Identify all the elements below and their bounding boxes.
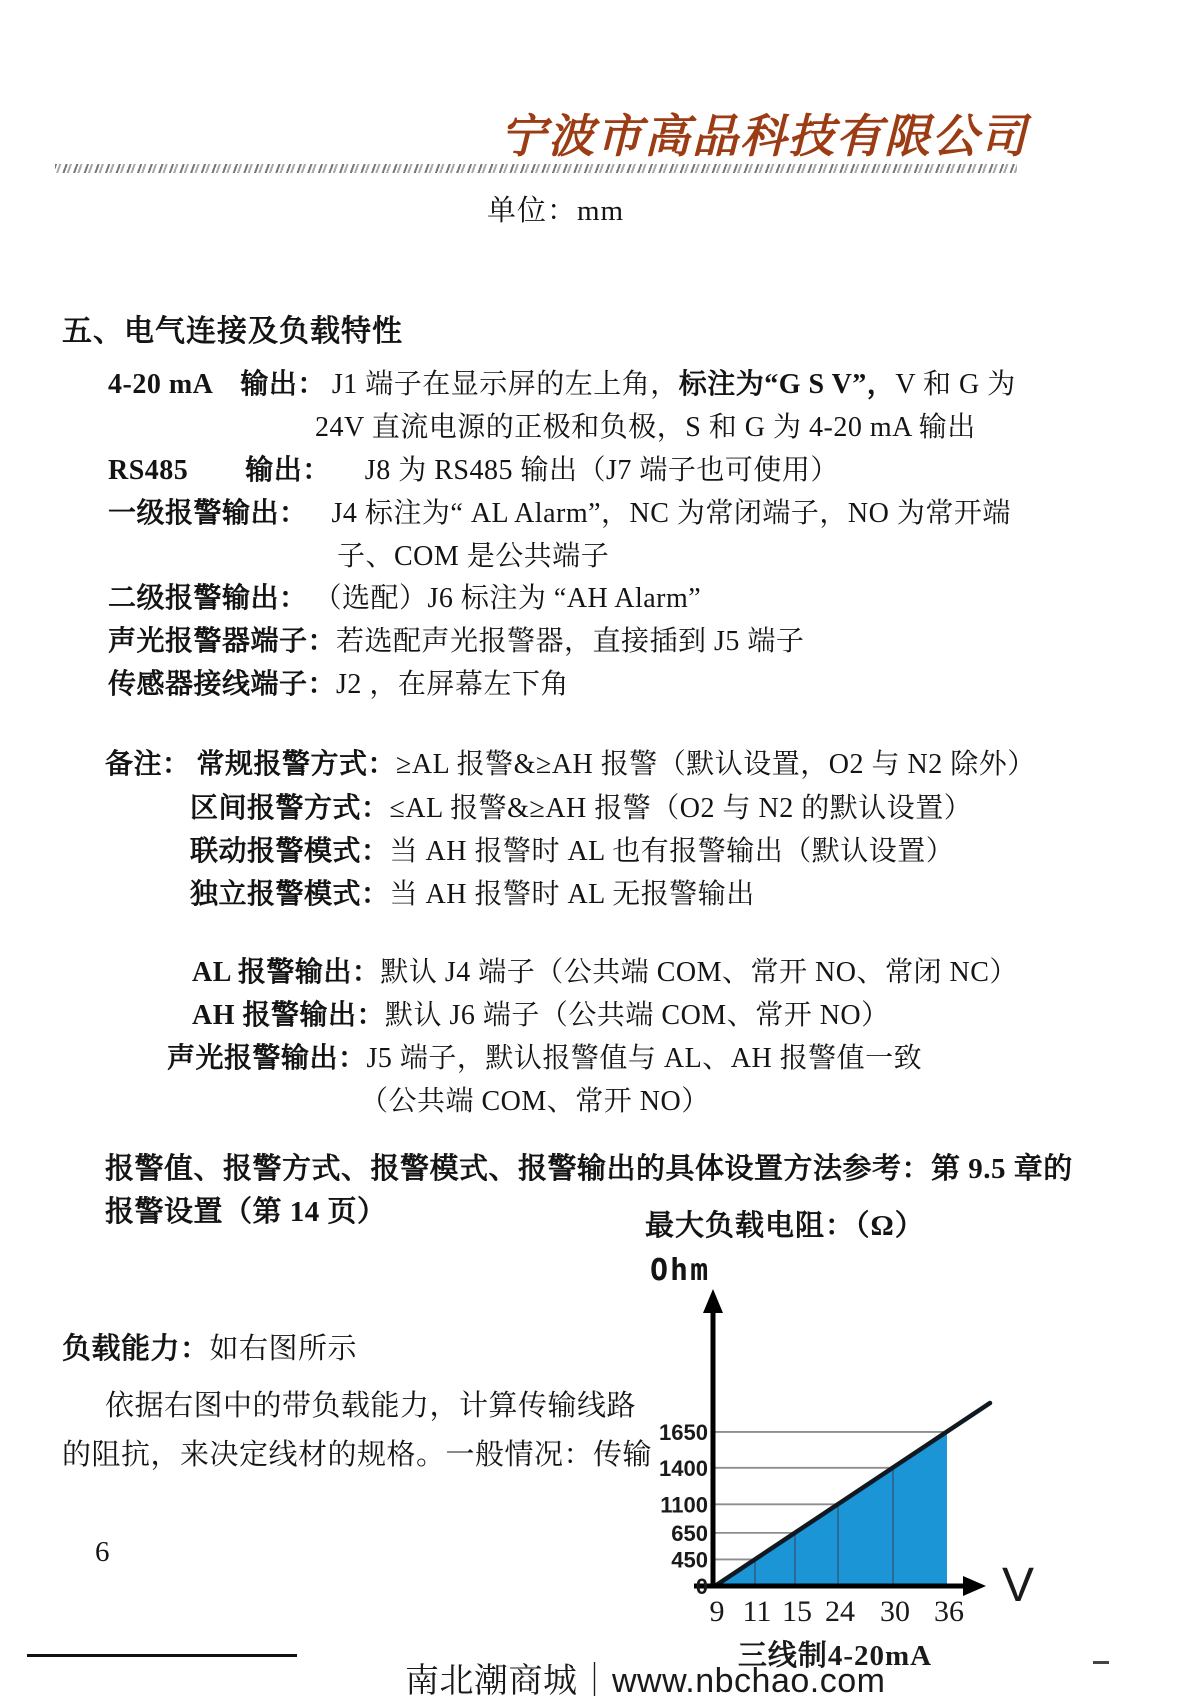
spec-text-sensor: J2 ，在屏幕左下角 [336, 669, 569, 700]
load-label-text: 如右图所示 [210, 1333, 358, 1365]
spec-line-420ma: 4-20 mA 输出：J1 端子在显示屏的左上角，标注为“G S V”，V 和 … [108, 362, 1016, 402]
chart-title: 最大负载电阻：（Ω） [645, 1203, 925, 1244]
svg-text:9: 9 [710, 1595, 725, 1628]
page-number: 6 [95, 1536, 110, 1569]
note-line-range: 区间报警方式：≤AL 报警&≥AH 报警（O2 与 N2 的默认设置） [190, 786, 972, 826]
note-text-independent: 当 AH 报警时 AL 无报警输出 [390, 879, 755, 910]
footer-site-text: 南北潮商城｜www.nbchao.com [405, 1653, 885, 1697]
load-paragraph-1: 依据右图中的带负载能力，计算传输线路 [105, 1383, 636, 1424]
output-label-ah: AH 报警输出： [192, 1000, 385, 1031]
svg-text:24: 24 [825, 1595, 855, 1628]
note-beizhu-label: 备注： [105, 749, 191, 780]
svg-text:450: 450 [671, 1547, 708, 1572]
spec-label-420ma: 4-20 mA 输出： [108, 369, 326, 400]
load-line-label: 负载能力：如右图所示 [62, 1326, 357, 1367]
svg-text:1400: 1400 [659, 1456, 708, 1481]
svg-text:15: 15 [782, 1595, 812, 1628]
svg-text:11: 11 [743, 1595, 772, 1628]
note-label-normal: 常规报警方式： [197, 749, 397, 780]
load-resistance-chart: 045065011001400165091115243036V三线制4-20mA [630, 1283, 1090, 1683]
reference-line-2: 报警设置（第 14 页） [105, 1189, 387, 1230]
output-text-ah: 默认 J6 端子（公共端 COM、常开 NO） [385, 1000, 890, 1031]
spec-text-alarm2: （选配）J6 标注为 “AH Alarm” [328, 583, 702, 614]
note-text-range: ≤AL 报警&≥AH 报警（O2 与 N2 的默认设置） [390, 793, 973, 824]
load-paragraph-2: 的阻抗，来决定线材的规格。一般情况：传输 [62, 1432, 652, 1473]
spec-line-rs485: RS485 输出：J8 为 RS485 输出（J7 端子也可使用） [108, 448, 839, 488]
spec-text-alarm1: J4 标注为“ AL Alarm”，NC 为常闭端子，NO 为常开端 [332, 498, 1011, 529]
company-header: 宁波市高品科技有限公司 [500, 100, 1028, 166]
document-page: 宁波市高品科技有限公司 单位：mm 五、电气连接及负载特性 4-20 mA 输出… [0, 0, 1200, 1697]
output-line-ah: AH 报警输出：默认 J6 端子（公共端 COM、常开 NO） [192, 993, 890, 1033]
spec-line-420ma-cont: 24V 直流电源的正极和负极，S 和 G 为 4-20 mA 输出 [315, 405, 976, 445]
footer-dash [1093, 1661, 1109, 1664]
svg-text:1100: 1100 [660, 1492, 708, 1517]
output-line-al: AL 报警输出：默认 J4 端子（公共端 COM、常开 NO、常闭 NC） [192, 950, 1018, 990]
spec-label-sound: 声光报警器端子： [108, 626, 336, 657]
note-line-normal: 备注：常规报警方式：≥AL 报警&≥AH 报警（默认设置，O2 与 N2 除外） [105, 742, 1036, 782]
note-line-linked: 联动报警模式：当 AH 报警时 AL 也有报警输出（默认设置） [190, 829, 954, 869]
spec-text-420ma-2: V 和 G 为 [895, 369, 1015, 400]
footer-rule [27, 1654, 297, 1657]
note-label-independent: 独立报警模式： [190, 879, 390, 910]
note-line-independent: 独立报警模式：当 AH 报警时 AL 无报警输出 [190, 872, 755, 912]
spec-line-sound: 声光报警器端子：若选配声光报警器，直接插到 J5 端子 [108, 619, 804, 659]
svg-text:36: 36 [934, 1595, 964, 1628]
spec-line-alarm1: 一级报警输出：J4 标注为“ AL Alarm”，NC 为常闭端子，NO 为常开… [108, 491, 1011, 531]
note-text-linked: 当 AH 报警时 AL 也有报警输出（默认设置） [390, 836, 955, 867]
output-text-al: 默认 J4 端子（公共端 COM、常开 NO、常闭 NC） [380, 957, 1018, 988]
output-label-sound: 声光报警输出： [167, 1043, 367, 1074]
spec-text-sound: 若选配声光报警器，直接插到 J5 端子 [336, 626, 804, 657]
spec-text-420ma-bold: 标注为“G S V”， [679, 369, 896, 400]
load-label: 负载能力： [62, 1333, 210, 1365]
output-line-sound-cont: （公共端 COM、常开 NO） [360, 1079, 710, 1119]
spec-label-sensor: 传感器接线端子： [108, 669, 336, 700]
note-text-normal: ≥AL 报警&≥AH 报警（默认设置，O2 与 N2 除外） [396, 749, 1036, 780]
hatched-divider [55, 164, 1017, 173]
section-title: 五、电气连接及负载特性 [62, 306, 403, 350]
spec-label-alarm1: 一级报警输出： [108, 498, 308, 529]
output-line-sound: 声光报警输出：J5 端子，默认报警值与 AL、AH 报警值一致 [167, 1036, 922, 1076]
note-label-range: 区间报警方式： [190, 793, 390, 824]
svg-text:V: V [1002, 1559, 1034, 1612]
spec-text-rs485: J8 为 RS485 输出（J7 端子也可使用） [365, 455, 839, 486]
svg-text:650: 650 [671, 1521, 708, 1546]
svg-text:0: 0 [696, 1574, 708, 1599]
spec-label-alarm2: 二级报警输出： [108, 583, 308, 614]
svg-text:1650: 1650 [659, 1420, 708, 1445]
reference-line-1: 报警值、报警方式、报警模式、报警输出的具体设置方法参考：第 9.5 章的 [105, 1146, 1073, 1187]
spec-line-alarm2: 二级报警输出：（选配）J6 标注为 “AH Alarm” [108, 576, 701, 616]
unit-label: 单位：mm [487, 188, 624, 229]
note-label-linked: 联动报警模式： [190, 836, 390, 867]
spec-line-sensor: 传感器接线端子：J2 ，在屏幕左下角 [108, 662, 569, 702]
svg-text:30: 30 [880, 1595, 910, 1628]
spec-label-rs485: RS485 输出： [108, 455, 331, 486]
output-text-sound: J5 端子，默认报警值与 AL、AH 报警值一致 [367, 1043, 923, 1074]
spec-line-alarm1-cont: 子、COM 是公共端子 [337, 534, 609, 574]
spec-text-420ma-1: J1 端子在显示屏的左上角， [332, 369, 679, 400]
output-label-al: AL 报警输出： [192, 957, 380, 988]
